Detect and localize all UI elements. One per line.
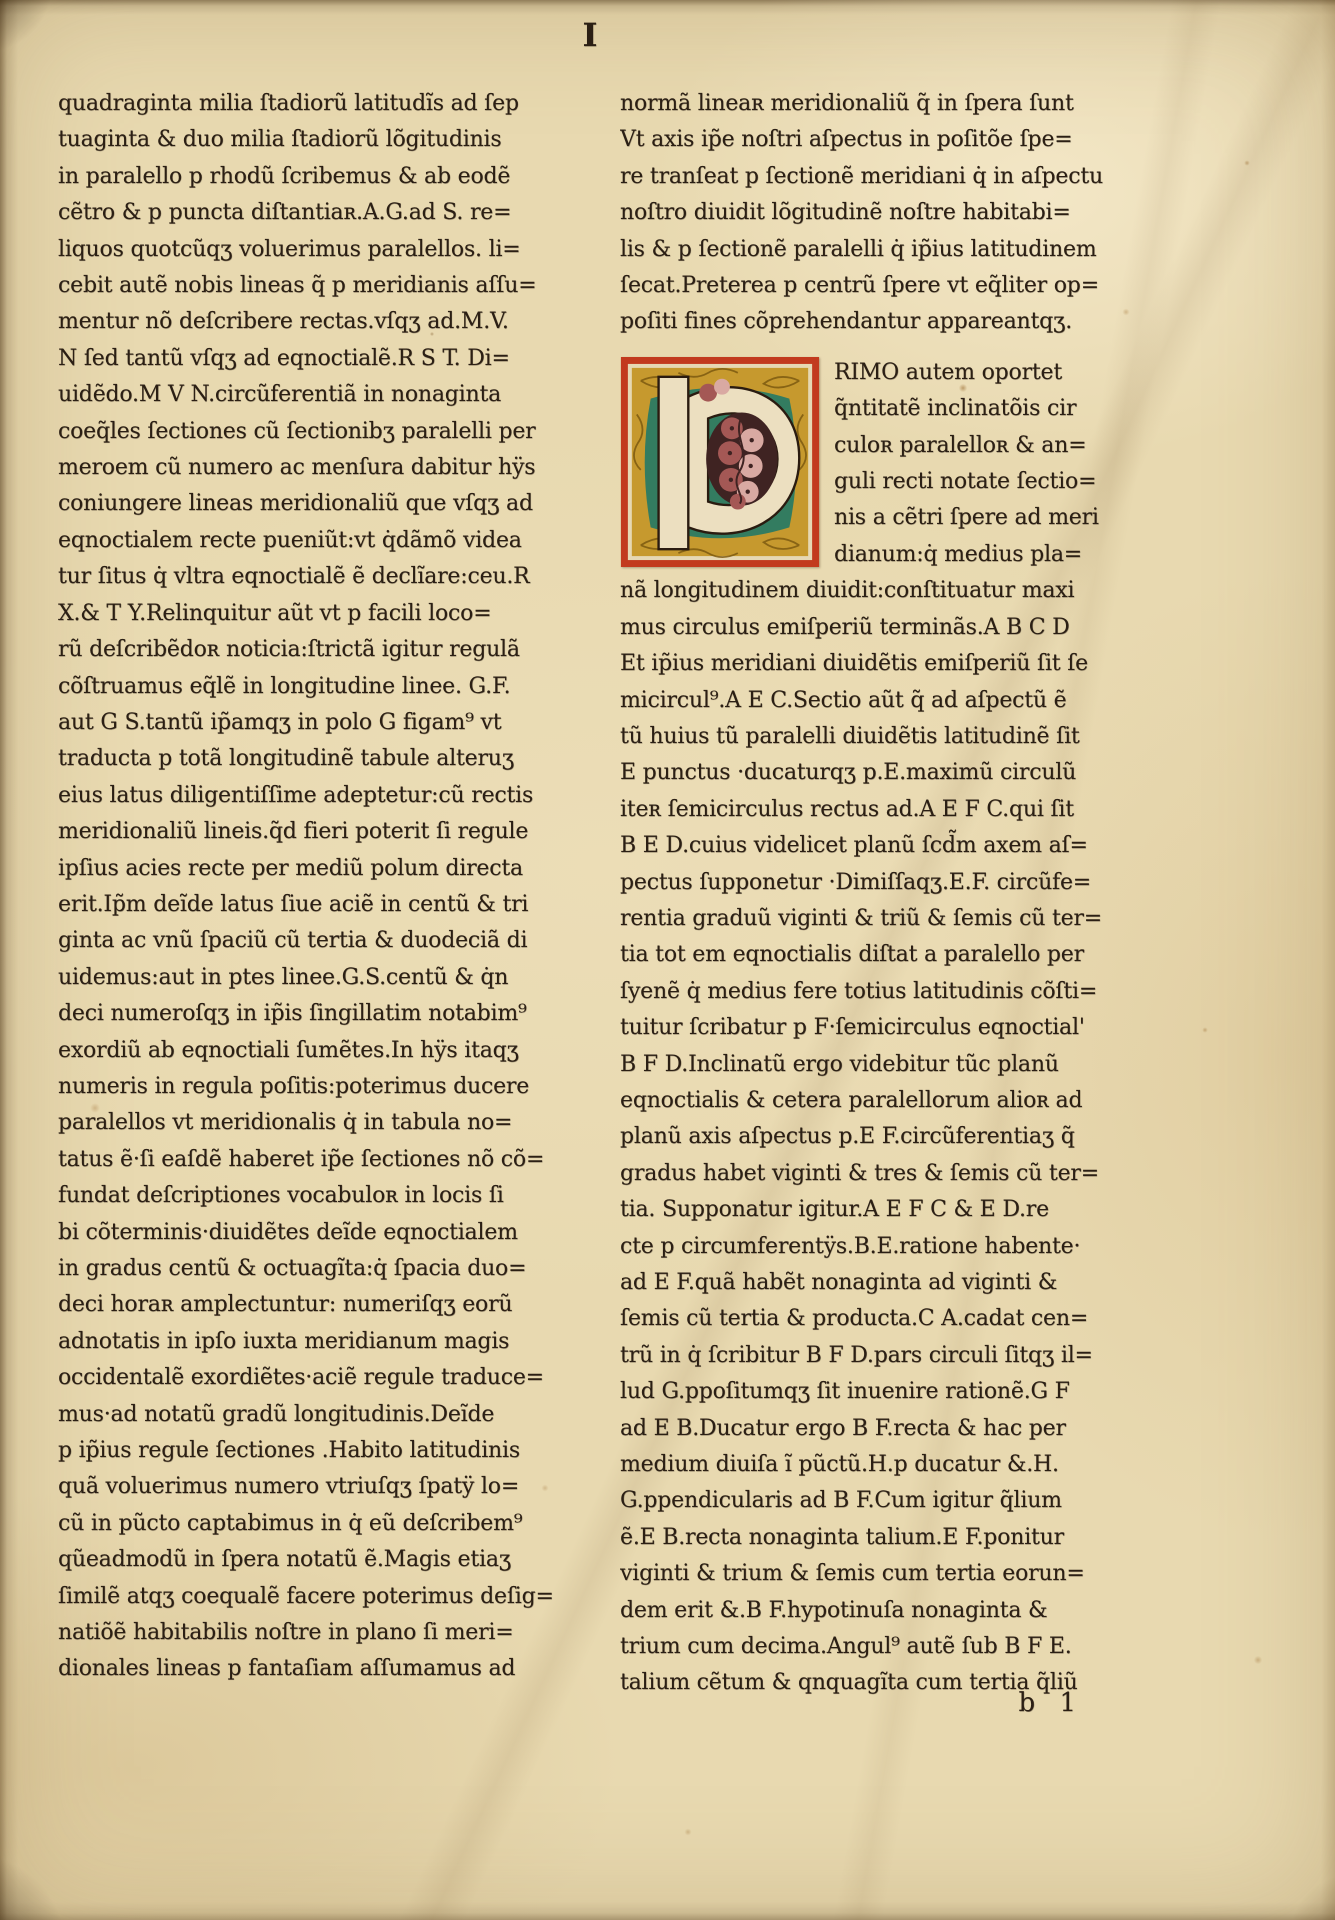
quire-signature: b 1 bbox=[980, 1688, 1076, 1718]
left-column: quadraginta milia ſtadiorũ latitudĩs ad … bbox=[58, 86, 560, 1706]
primo-paragraph: RIMO autem oportet q̃ntitatẽ inclinatõis… bbox=[620, 355, 1114, 1702]
folio-number: I bbox=[570, 16, 610, 54]
right-column: normã lineaʀ meridionaliũ q̃ in ſpera ſu… bbox=[620, 86, 1114, 1726]
left-column-text: quadraginta milia ſtadiorũ latitudĩs ad … bbox=[58, 86, 560, 1688]
illuminated-initial-p-icon bbox=[620, 357, 820, 567]
right-intro-text: normã lineaʀ meridionaliũ q̃ in ſpera ſu… bbox=[620, 86, 1114, 341]
page-scan: I quadraginta milia ſtadiorũ latitudĩs a… bbox=[0, 0, 1335, 1920]
